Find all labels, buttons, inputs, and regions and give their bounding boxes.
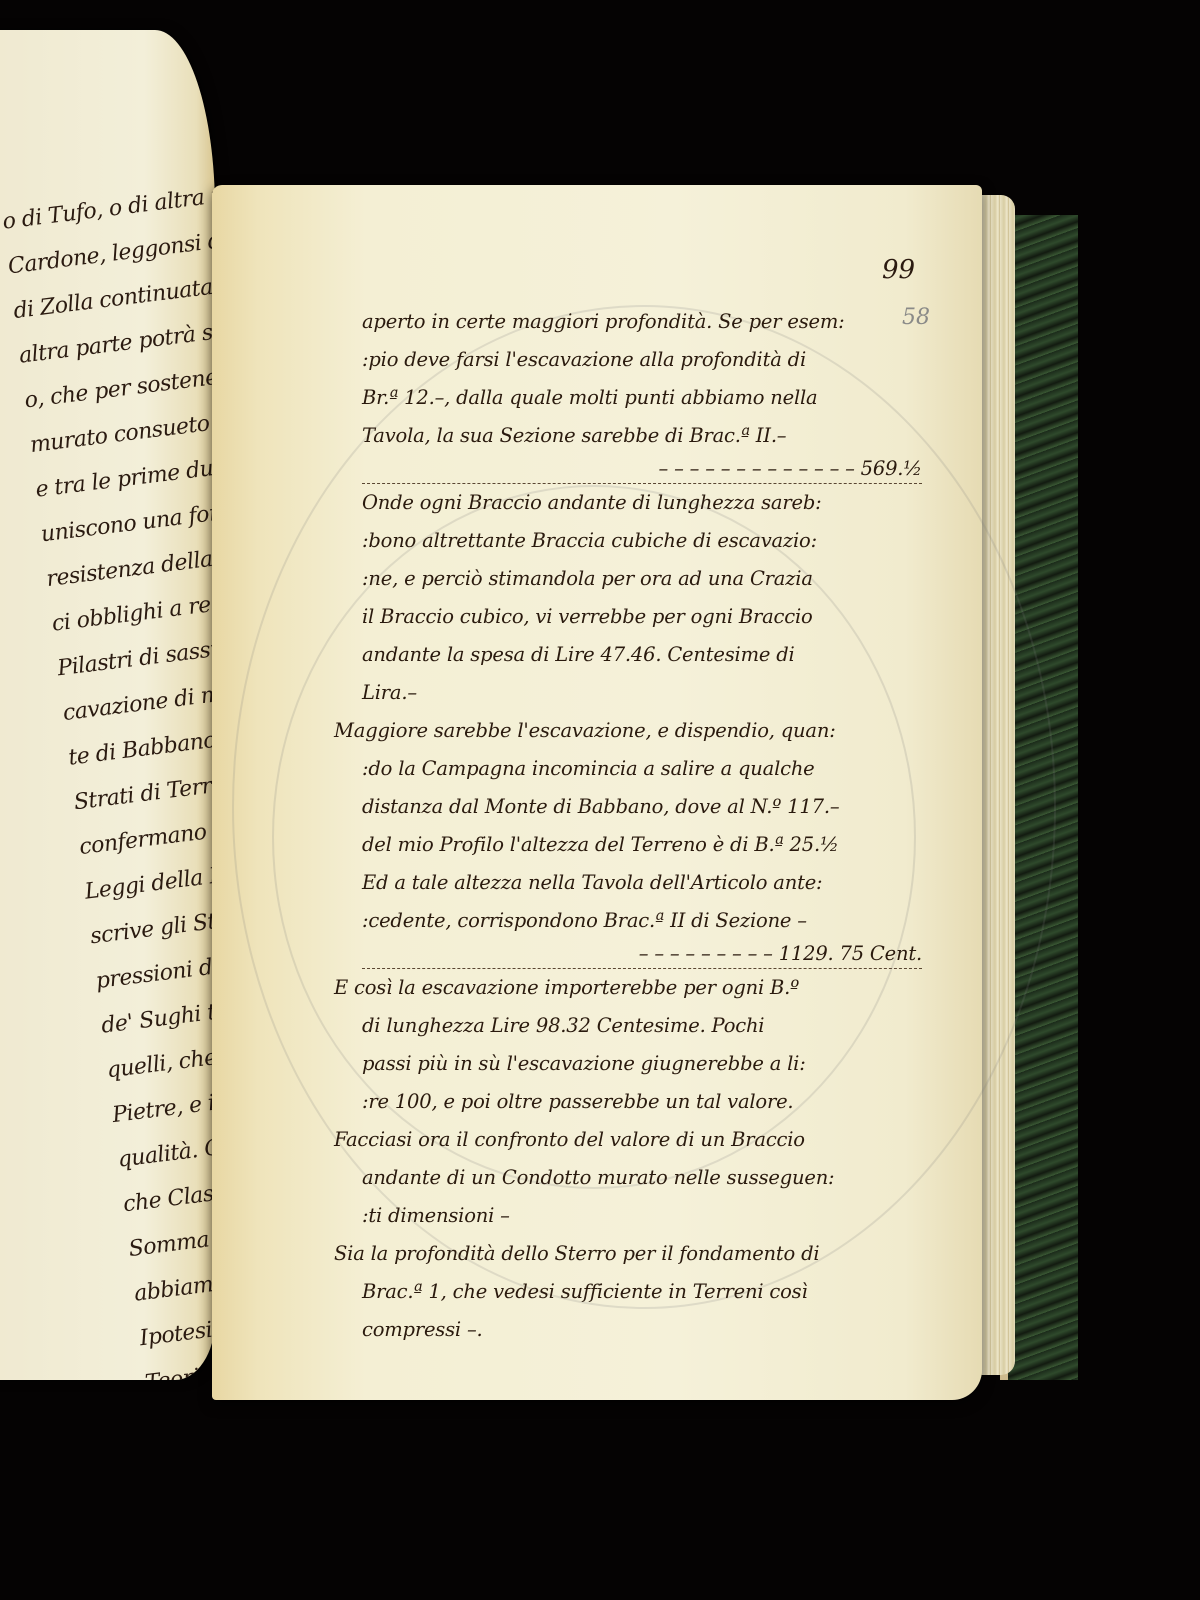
right-page: 99 58 aperto in certe maggiori profondit… (212, 185, 982, 1400)
manuscript-line: Brac.ª 1, che vedesi sufficiente in Terr… (362, 1273, 922, 1311)
manuscript-line: :re 100, e poi oltre passerebbe un tal v… (362, 1083, 922, 1121)
manuscript-line: :ti dimensioni – (362, 1197, 922, 1235)
manuscript-line: :pio deve farsi l'escavazione alla profo… (362, 341, 922, 379)
manuscript-line: :cedente, corrispondono Brac.ª II di Sez… (362, 902, 922, 940)
manuscript-line: Onde ogni Braccio andante di lunghezza s… (362, 484, 922, 522)
manuscript-line: Maggiore sarebbe l'escavazione, e dispen… (334, 712, 922, 750)
manuscript-line: – – – – – – – – – – – – – 569.½ (362, 455, 922, 484)
right-page-text: aperto in certe maggiori profondità. Se … (362, 303, 922, 1349)
manuscript-line: andante la spesa di Lire 47.46. Centesim… (362, 636, 922, 674)
manuscript-line: Ed a tale altezza nella Tavola dell'Arti… (362, 864, 922, 902)
manuscript-line: :bono altrettante Braccia cubiche di esc… (362, 522, 922, 560)
left-page-text: o di Tufo, o di altra materiaCardone, le… (0, 172, 215, 1380)
manuscript-line: Facciasi ora il confronto del valore di … (334, 1121, 922, 1159)
manuscript-line: – – – – – – – – – 1129. 75 Cent. (362, 940, 922, 969)
manuscript-line: :ne, e perciò stimandola per ora ad una … (362, 560, 922, 598)
manuscript-line: di lunghezza Lire 98.32 Centesime. Pochi (362, 1007, 922, 1045)
manuscript-line: aperto in certe maggiori profondità. Se … (362, 303, 922, 341)
manuscript-line: Tavola, la sua Sezione sarebbe di Brac.ª… (362, 417, 922, 455)
manuscript-line: compressi –. (362, 1311, 922, 1349)
manuscript-line: Lira.– (362, 674, 922, 712)
manuscript-line: :do la Campagna incomincia a salire a qu… (362, 750, 922, 788)
manuscript-line: distanza dal Monte di Babbano, dove al N… (362, 788, 922, 826)
left-page: o di Tufo, o di altra materiaCardone, le… (0, 30, 215, 1380)
manuscript-line: E così la escavazione importerebbe per o… (334, 969, 922, 1007)
manuscript-line: andante di un Condotto murato nelle suss… (362, 1159, 922, 1197)
manuscript-line: passi più in sù l'escavazione giugnerebb… (362, 1045, 922, 1083)
folio-number: 99 (882, 255, 915, 285)
manuscript-line: del mio Profilo l'altezza del Terreno è … (362, 826, 922, 864)
manuscript-line: il Braccio cubico, vi verrebbe per ogni … (362, 598, 922, 636)
manuscript-line: Br.ª 12.–, dalla quale molti punti abbia… (362, 379, 922, 417)
manuscript-line: Sia la profondità dello Sterro per il fo… (334, 1235, 922, 1273)
